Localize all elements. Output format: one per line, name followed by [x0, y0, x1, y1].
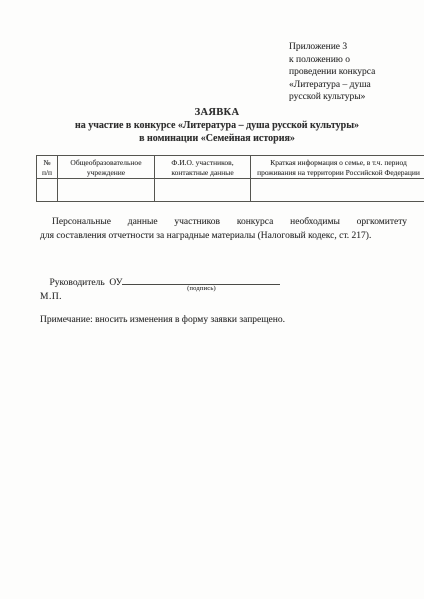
appendix-line-5: русской культуры» — [289, 91, 375, 104]
signature-row: Руководитель ОУ(подпись) — [40, 263, 280, 298]
note-line: Примечание: вносить изменения в форму за… — [40, 315, 285, 325]
cell-family-info — [251, 179, 424, 202]
cell-school — [58, 179, 155, 202]
col-header-number: № п/п — [37, 156, 58, 179]
personal-data-paragraph-line-1: Персональные данные участников конкурса … — [40, 216, 407, 230]
table-row — [37, 179, 424, 202]
participants-table: № п/п Общеобразовательное учреждение Ф.И… — [36, 155, 424, 202]
personal-data-paragraph: Персональные данные участников конкурса … — [40, 216, 407, 243]
scanned-document-page: Приложение 3 к положению о проведении ко… — [0, 0, 424, 599]
appendix-block: Приложение 3 к положению о проведении ко… — [289, 41, 375, 104]
cell-number — [37, 179, 58, 202]
appendix-line-4: «Литература – душа — [289, 79, 375, 92]
header-row: № п/п Общеобразовательное учреждение Ф.И… — [37, 156, 424, 179]
col-header-fio-contacts: Ф.И.О. участников, контактные данные — [155, 156, 251, 179]
signature-label: Руководитель ОУ — [50, 278, 123, 288]
appendix-line-1: Приложение 3 — [289, 41, 375, 54]
stamp-label: М.П. — [40, 292, 62, 302]
signature-line: (подпись) — [122, 273, 280, 285]
cell-fio-contacts — [155, 179, 251, 202]
form-title: ЗАЯВКА — [27, 106, 407, 119]
signature-caption: (подпись) — [122, 285, 280, 292]
col-header-school: Общеобразовательное учреждение — [58, 156, 155, 179]
appendix-line-3: проведении конкурса — [289, 66, 375, 79]
col-header-family-info: Краткая информация о семье, в т.ч. перио… — [251, 156, 424, 179]
form-subtitle-nomination: в номинации «Семейная история» — [27, 132, 407, 145]
form-subtitle-contest: на участие в конкурсе «Литература – душа… — [27, 119, 407, 132]
personal-data-paragraph-line-2: для составления отчетности за наградные … — [40, 230, 407, 244]
title-block: ЗАЯВКА на участие в конкурсе «Литература… — [27, 106, 407, 145]
participants-table-body — [37, 179, 424, 202]
participants-table-header: № п/п Общеобразовательное учреждение Ф.И… — [37, 156, 424, 179]
appendix-line-2: к положению о — [289, 54, 375, 67]
